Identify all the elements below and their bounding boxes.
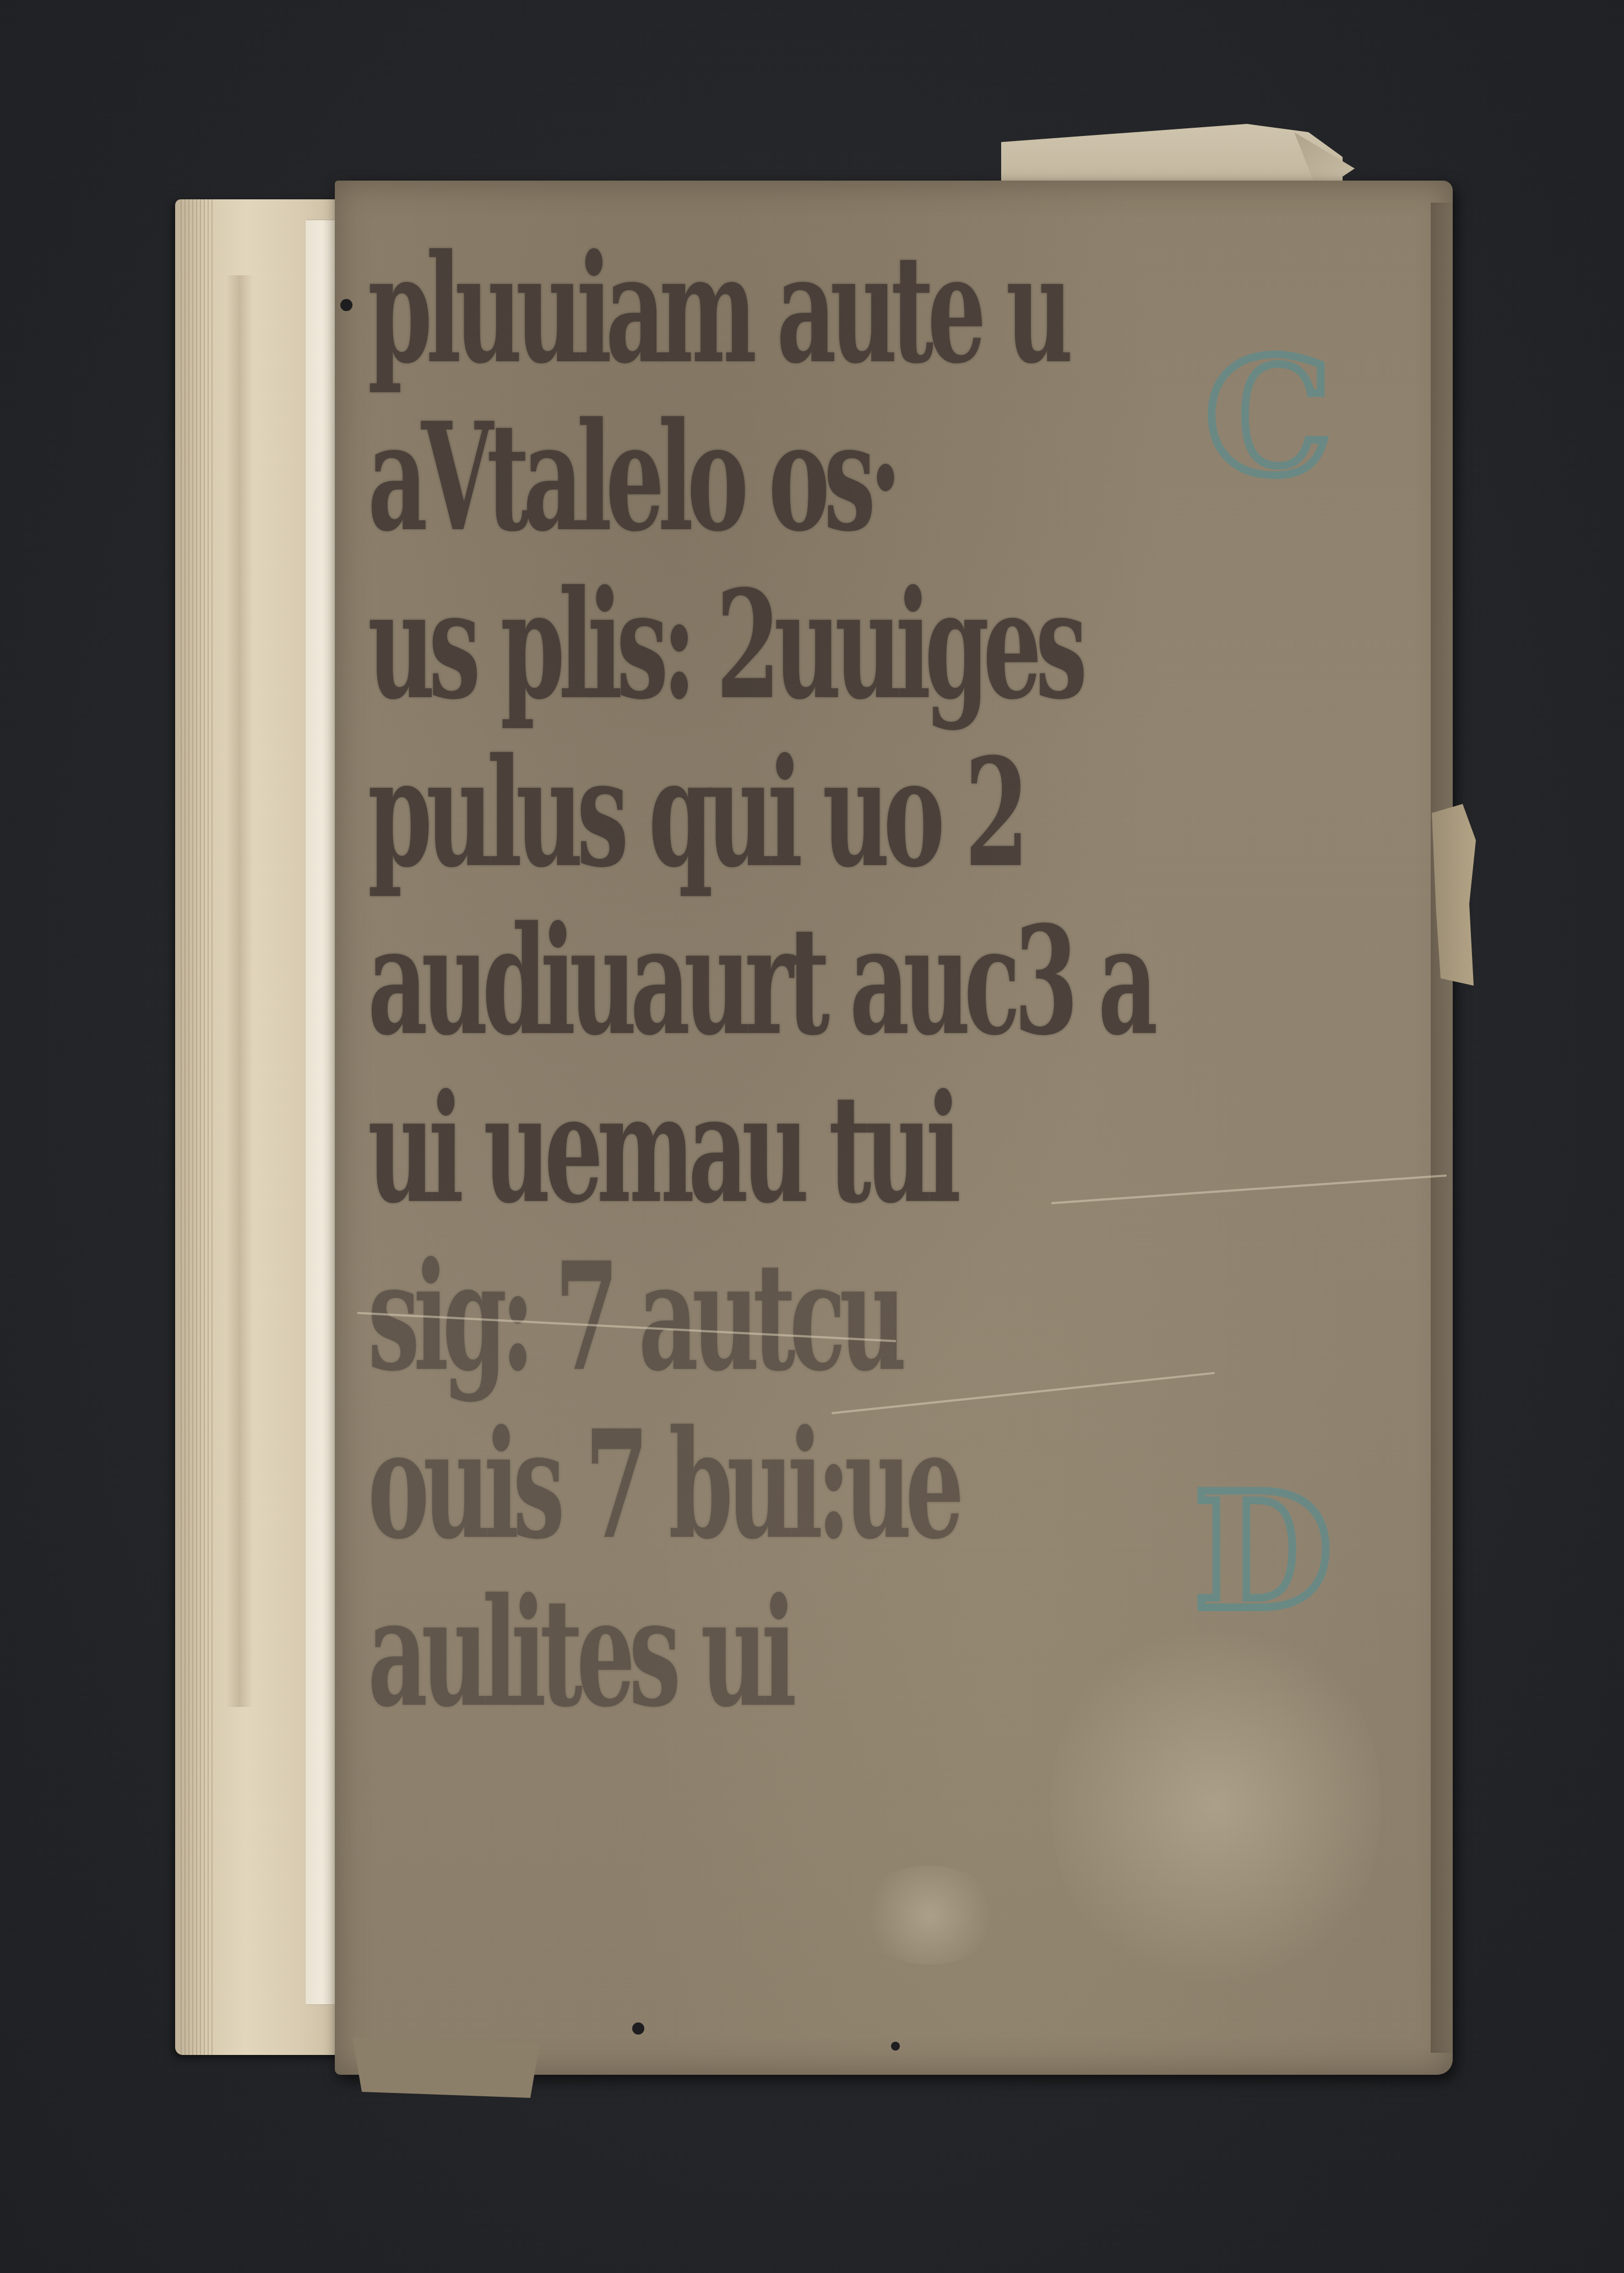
script-line: pluuiam aute u (368, 225, 1027, 393)
script-line: audiuaurt auc3 a (368, 896, 1027, 1064)
pin-hole (340, 299, 352, 311)
script-line: aulites ui (368, 1568, 1027, 1736)
endpaper-strip (306, 220, 339, 2004)
script-line: aVtalelo os· (368, 393, 1027, 561)
script-line: sig: 7 autcu (368, 1232, 1027, 1400)
blue-initial: C (1205, 324, 1332, 511)
worn-area (1051, 1612, 1381, 1998)
pin-hole (891, 2042, 900, 2051)
cover-fore-edge (1431, 203, 1453, 2053)
script-line: ouis 7 bui:ue (368, 1400, 1027, 1568)
book-photo: pluuiam aute u aVtalelo os· us plis: 2uu… (0, 0, 1624, 2273)
script-line: pulus qui uo 2 (368, 728, 1027, 896)
pin-hole (632, 2022, 644, 2035)
script-line: ui uemau tui (368, 1064, 1027, 1232)
page-crease (226, 275, 253, 1707)
worn-area (858, 1866, 1001, 1965)
parchment-cover: pluuiam aute u aVtalelo os· us plis: 2uu… (335, 181, 1453, 2075)
cover-turn-in-flap (352, 2037, 540, 2098)
script-line: us plis: 2uuiges (368, 561, 1027, 728)
